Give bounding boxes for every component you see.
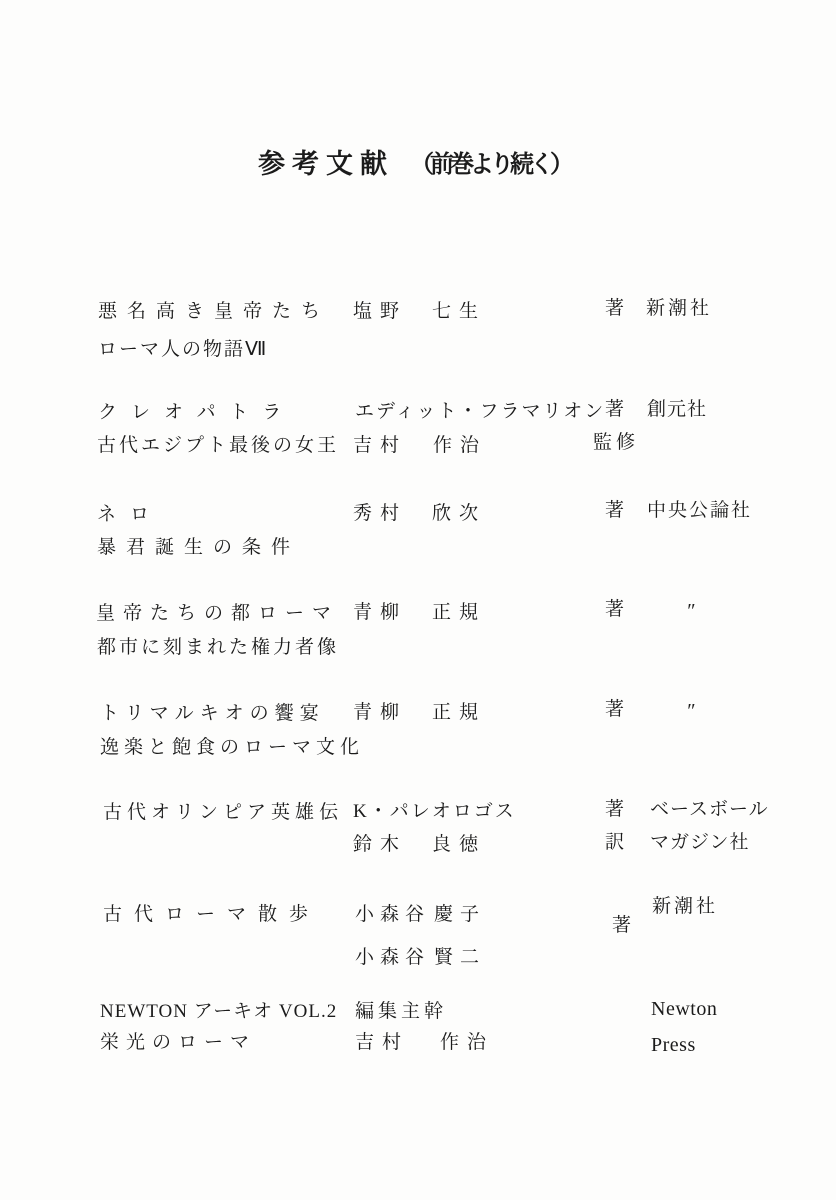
entry-title: NEWTON アーキオ VOL.2 <box>100 1002 337 1021</box>
author-surname: 吉村 <box>355 1033 409 1052</box>
author-given: 正規 <box>432 703 486 722</box>
author-given: 良徳 <box>432 835 486 854</box>
entry-title: 古代オリンピア英雄伝 <box>103 803 343 822</box>
author-given: 賢二 <box>434 948 486 967</box>
author-surname: 秀村 <box>353 504 407 523</box>
author-name: エディット・フラマリオン <box>355 402 605 421</box>
entry-title: 悪名高き皇帝たち <box>98 302 330 321</box>
entry-subtitle: 都市に刻まれた権力者像 <box>97 638 339 657</box>
role-label: 著 <box>605 400 626 419</box>
entry-subtitle: ローマ人の物語Ⅶ <box>98 340 268 359</box>
author-surname: 鈴木 <box>353 835 407 854</box>
entry-subtitle: 暴君誕生の条件 <box>97 538 300 557</box>
entry-title: クレオパトラ <box>98 403 295 422</box>
publisher-name: Newton <box>651 999 717 1019</box>
entry-title: 皇帝たちの都ローマ <box>96 604 339 623</box>
publisher-name: マガジン社 <box>650 833 750 852</box>
role-label: 著 <box>612 916 633 935</box>
page-heading-note: （前巻より続く） <box>410 153 570 177</box>
publisher-name: Press <box>651 1035 696 1055</box>
author-given: 七生 <box>432 302 486 321</box>
entry-subtitle: 古代エジプト最後の女王 <box>97 436 339 455</box>
author-name: K・パレオロゴス <box>353 802 516 821</box>
author-surname: 小森谷 <box>355 905 430 924</box>
entry-title: トリマルキオの饗宴 <box>100 704 325 723</box>
author-given: 正規 <box>432 603 486 622</box>
publisher-name: ベースボール <box>650 800 769 819</box>
page-heading: 参考文献 <box>258 151 394 178</box>
role-label: 著 <box>605 700 626 719</box>
publisher-name: 新潮社 <box>646 299 712 318</box>
role-label: 監修 <box>593 433 639 452</box>
author-surname: 青柳 <box>353 703 407 722</box>
role-label: 著 <box>605 501 626 520</box>
entry-subtitle: 栄光のローマ <box>100 1033 256 1052</box>
author-name: 編集主幹 <box>355 1002 447 1021</box>
author-surname: 青柳 <box>353 603 407 622</box>
role-label: 著 <box>605 600 626 619</box>
bibliography-page: 参考文献 （前巻より続く） 悪名高き皇帝たち 塩野 七生 著 新潮社 ローマ人の… <box>0 0 836 1200</box>
role-label: 著 <box>605 800 626 819</box>
entry-title: ネロ <box>97 505 163 524</box>
entry-subtitle: 逸楽と飽食のローマ文化 <box>100 738 364 757</box>
role-label: 訳 <box>605 833 626 852</box>
author-surname: 塩野 <box>353 302 407 321</box>
author-given: 慶子 <box>434 905 486 924</box>
author-given: 欣次 <box>432 504 486 523</box>
publisher-name: 創元社 <box>647 400 707 419</box>
publisher-name: 中央公論社 <box>647 501 752 520</box>
entry-title: 古代ローマ散歩 <box>103 905 320 924</box>
ditto-mark: ″ <box>686 601 694 621</box>
author-given: 作治 <box>433 436 487 455</box>
author-given: 作治 <box>440 1033 494 1052</box>
ditto-mark: ″ <box>686 701 694 721</box>
role-label: 著 <box>605 299 626 318</box>
author-surname: 吉村 <box>353 436 407 455</box>
publisher-name: 新潮社 <box>652 897 718 916</box>
author-surname: 小森谷 <box>355 948 430 967</box>
